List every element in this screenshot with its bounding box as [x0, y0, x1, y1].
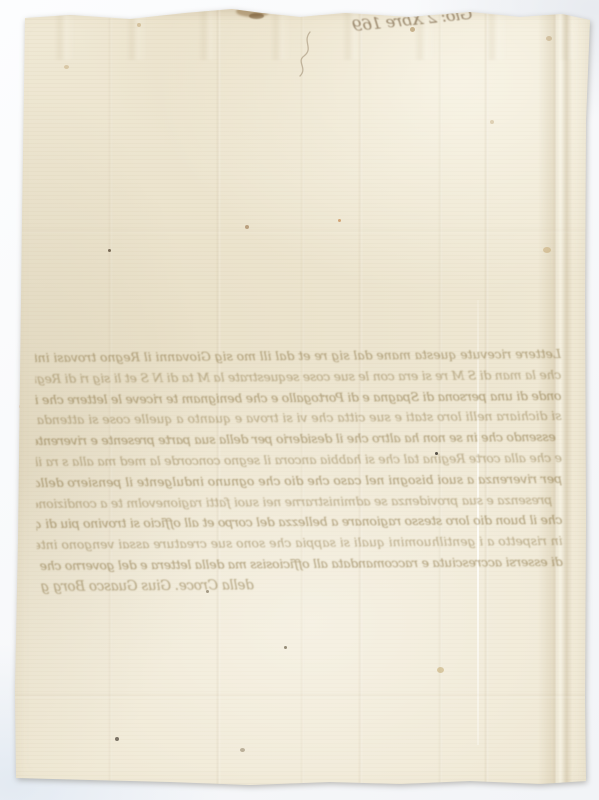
stain	[108, 249, 111, 252]
paper-sheet: Gio: 2 Xbre 169 Lettere ricevute questa …	[0, 0, 599, 800]
stain	[64, 65, 69, 69]
stain	[490, 120, 494, 124]
paper-sheet-wrapper: Gio: 2 Xbre 169 Lettere ricevute questa …	[0, 0, 599, 800]
stain	[284, 646, 287, 649]
stain	[546, 36, 552, 41]
stain	[249, 13, 264, 19]
scan-background: Gio: 2 Xbre 169 Lettere ricevute questa …	[0, 0, 599, 800]
stain	[437, 667, 444, 673]
stain	[115, 737, 119, 741]
stain	[410, 27, 415, 32]
stain	[245, 225, 249, 229]
stains-layer	[0, 0, 599, 800]
stain	[338, 219, 341, 222]
stain	[240, 748, 245, 752]
stain	[16, 404, 20, 409]
stain	[543, 247, 551, 253]
stain	[435, 452, 438, 455]
stain	[206, 590, 209, 593]
stain	[137, 23, 141, 27]
